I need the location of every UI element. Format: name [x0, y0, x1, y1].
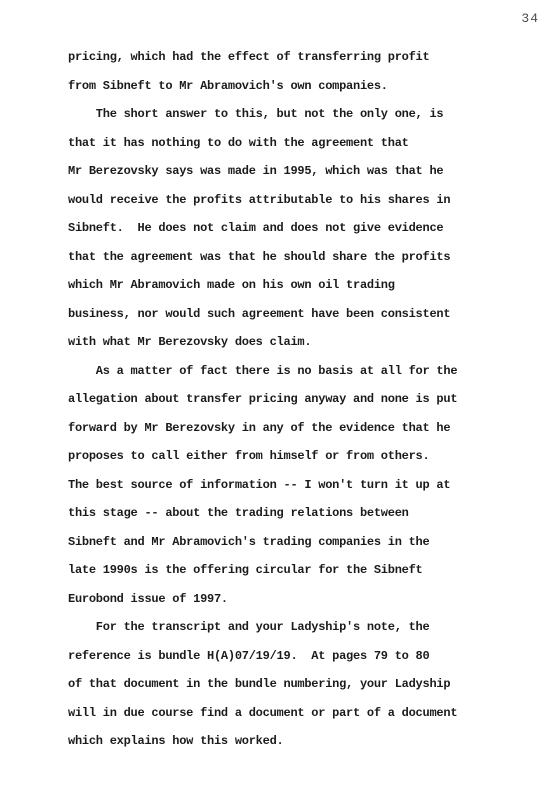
transcript-line: Mr Berezovsky says was made in 1995, whi… [68, 157, 558, 186]
transcript-line: reference is bundle H(A)07/19/19. At pag… [68, 642, 558, 671]
document-page: 34 pricing, which had the effect of tran… [0, 0, 558, 789]
transcript-line: this stage -- about the trading relation… [68, 499, 558, 528]
page-number: 34 [521, 11, 539, 26]
transcript-line: For the transcript and your Ladyship's n… [68, 613, 558, 642]
transcript-line: pricing, which had the effect of transfe… [68, 43, 558, 72]
transcript-line: The short answer to this, but not the on… [68, 100, 558, 129]
transcript-line: business, nor would such agreement have … [68, 300, 558, 329]
transcript-line: As a matter of fact there is no basis at… [68, 357, 558, 386]
transcript-line: from Sibneft to Mr Abramovich's own comp… [68, 72, 558, 101]
transcript-line: Eurobond issue of 1997. [68, 585, 558, 614]
transcript-line: which Mr Abramovich made on his own oil … [68, 271, 558, 300]
transcript-line: with what Mr Berezovsky does claim. [68, 328, 558, 357]
transcript-line: late 1990s is the offering circular for … [68, 556, 558, 585]
transcript-line: of that document in the bundle numbering… [68, 670, 558, 699]
transcript-line: forward by Mr Berezovsky in any of the e… [68, 414, 558, 443]
transcript-line: that the agreement was that he should sh… [68, 243, 558, 272]
transcript-line: The best source of information -- I won'… [68, 471, 558, 500]
transcript-line: allegation about transfer pricing anyway… [68, 385, 558, 414]
transcript-line: would receive the profits attributable t… [68, 186, 558, 215]
transcript-line: which explains how this worked. [68, 727, 558, 756]
transcript-line: will in due course find a document or pa… [68, 699, 558, 728]
transcript-text-block: pricing, which had the effect of transfe… [68, 43, 558, 756]
transcript-line: Sibneft. He does not claim and does not … [68, 214, 558, 243]
transcript-line: that it has nothing to do with the agree… [68, 129, 558, 158]
transcript-line: proposes to call either from himself or … [68, 442, 558, 471]
transcript-line: Sibneft and Mr Abramovich's trading comp… [68, 528, 558, 557]
